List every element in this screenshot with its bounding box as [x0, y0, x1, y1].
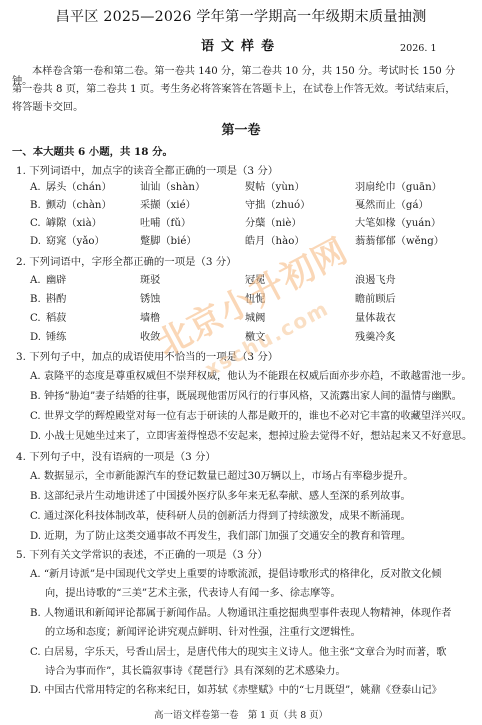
q5-option-b: B. 人物通讯和新闻评论都属于新闻作品。人物通讯注重挖掘典型事件表现人物精神，体… [30, 609, 470, 619]
q5-option-a: A. “新月诗派”是中国现代文学史上重要的诗歌流派，提倡诗歌形式的格律化，反对散… [30, 570, 470, 580]
q5-option-d: D. 中国古代常用特定的名称来纪日，如苏轼《赤壁赋》中的“七月既望”，姚鼐《登泰… [30, 686, 470, 696]
question-number: 2. [16, 256, 26, 268]
question-number: 5. [16, 549, 26, 561]
intro-line-3: 将答题卡交回。 [12, 103, 474, 113]
exam-title: 昌平区 2025—2026 学年第一学期高一年级期末质量抽测 [0, 10, 482, 24]
question-1-stem: 1. 下列词语中，加点字的读音全都正确的一项是（3 分） [16, 166, 278, 176]
q3-option-b: B. 钟扬“胁迫”妻子结婚的往事，既展现他雷厉风行的行事风格，又流露出家人间的温… [30, 392, 470, 402]
q4-option-a: A. 数据显示，全市新能源汽车的登记数量已超过30万辆以上，市场占有率稳步提升。 [30, 472, 470, 482]
q5-option-a-cont: 向，提出诗歌的“三美”艺术主张，代表诗人有闻一多、徐志摩等。 [45, 589, 475, 599]
q5-option-c-cont: 诗合为事而作”，其长篇叙事诗《琵琶行》具有深刻的艺术感染力。 [45, 667, 475, 677]
question-number: 1. [16, 165, 26, 177]
watermark-text-en: xschu.com [202, 298, 333, 380]
q3-option-c: C. 世界文学的辉煌殿堂对每一位有志于研读的人都是敞开的，谁也不必对它丰富的收藏… [30, 412, 470, 422]
q4-option-c: C. 通过深化科技体制改革，使科研人员的创新活力得到了持续激发，成果不断涌现。 [30, 512, 470, 522]
question-text: 下列句子中，没有语病的一项是（3 分） [29, 451, 216, 463]
question-2-stem: 2. 下列词语中，字形全都正确的一项是（3 分） [16, 257, 237, 267]
question-3-stem: 3. 下列句子中，加点的成语使用不恰当的一项是（3 分） [16, 352, 278, 362]
question-text: 下列句子中，加点的成语使用不恰当的一项是（3 分） [29, 351, 278, 363]
exam-date: 2026. 1 [400, 44, 437, 54]
q3-option-a: A. 袁隆平的态度是尊重权威但不崇拜权威，他认为不能跟在权威后面亦步亦趋，不敢越… [30, 372, 470, 382]
q5-option-b-cont: 的立场和态度；新闻评论讲究观点鲜明、针对性强，注重行文逻辑性。 [45, 628, 475, 638]
section-title: 第一卷 [0, 124, 482, 137]
q4-option-d: D. 近期，为了防止这类交通事故不再发生，我们部门加强了交通安全的教育和管理。 [30, 532, 470, 542]
part-heading: 一、本大题共 6 小题，共 18 分。 [12, 147, 173, 157]
question-5-stem: 5. 下列有关文学常识的表述，不正确的一项是（3 分） [16, 550, 268, 560]
question-text: 下列词语中，加点字的读音全都正确的一项是（3 分） [29, 165, 278, 177]
question-number: 3. [16, 351, 26, 363]
question-4-stem: 4. 下列句子中，没有语病的一项是（3 分） [16, 452, 216, 462]
page-footer: 高一语文样卷第一卷 第 1 页（共 8 页） [0, 711, 482, 720]
q5-option-c: C. 白居易，字乐天，号香山居士，是唐代伟大的现实主义诗人。他主张“文章合为时而… [30, 648, 470, 658]
q3-option-d: D. 小战士见她坐过来了，立即害羞得惶恐不安起来，想掉过脸去觉得不好，想站起来又… [30, 432, 470, 442]
question-number: 4. [16, 451, 26, 463]
intro-line-2: 第一卷共 8 页，第二卷共 1 页。考生务必将答案答在答题卡上，在试卷上作答无效… [12, 85, 474, 95]
question-text: 下列有关文学常识的表述，不正确的一项是（3 分） [29, 549, 268, 561]
exam-page: 昌平区 2025—2026 学年第一学期高一年级期末质量抽测 语文样卷 2026… [0, 0, 482, 725]
question-text: 下列词语中，字形全都正确的一项是（3 分） [29, 256, 236, 268]
q4-option-b: B. 这部纪录片生动地讲述了中国援外医疗队多年来无私奉献、感人至深的系列故事。 [30, 492, 470, 502]
